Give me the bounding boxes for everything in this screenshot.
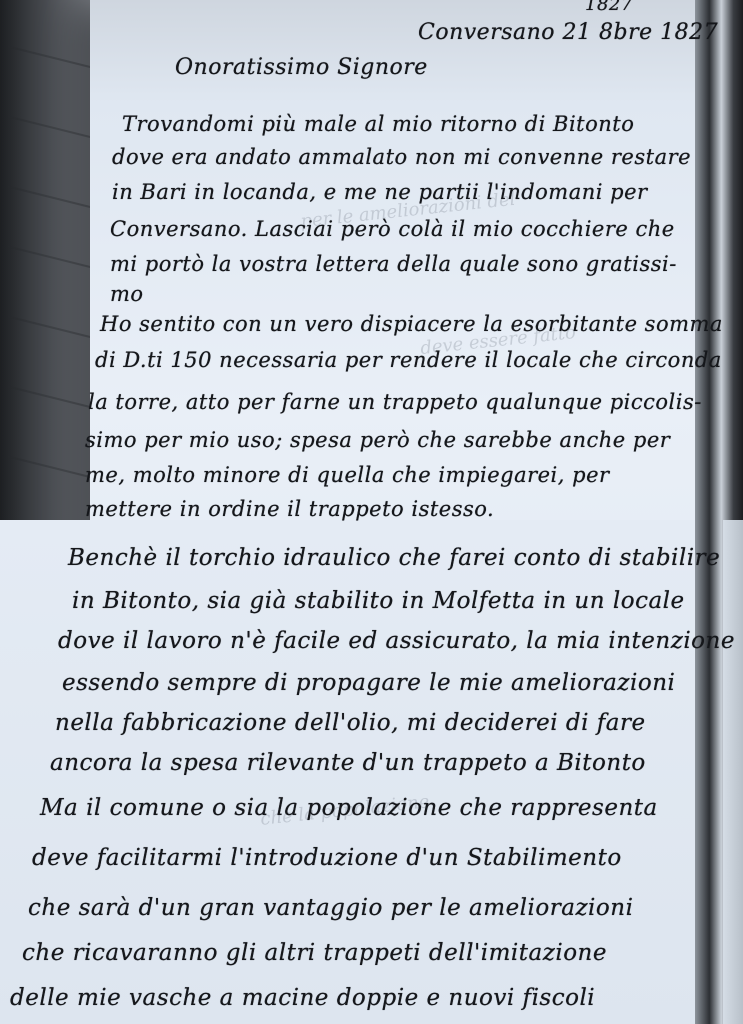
letter-line: simo per mio uso; spesa però che sarebbe…	[85, 428, 670, 452]
letter-line: la torre, atto per farne un trappeto qua…	[88, 390, 702, 414]
letter-line: Benchè il torchio idraulico che farei co…	[68, 545, 720, 571]
letter-line: in Bitonto, sia già stabilito in Molfett…	[72, 588, 685, 614]
salutation: Onoratissimo Signore	[175, 55, 428, 80]
letter-line: mettere in ordine il trappeto istesso.	[85, 497, 494, 521]
letter-line: Trovandomi più male al mio ritorno di Bi…	[122, 112, 634, 136]
letter-line: che sarà d'un gran vantaggio per le amel…	[28, 895, 633, 921]
letter-line: mi portò la vostra lettera della quale s…	[110, 252, 677, 276]
letter-dateline: Conversano 21 8bre 1827	[418, 20, 718, 45]
top-fragment: 1827	[585, 0, 633, 15]
page-edge-lower	[723, 520, 743, 1024]
letter-line: di D.ti 150 necessaria per rendere il lo…	[95, 348, 722, 372]
letter-line: me, molto minore di quella che impiegare…	[85, 463, 610, 487]
letter-line: Ma il comune o sia la popolazione che ra…	[40, 795, 658, 821]
letter-line: delle mie vasche a macine doppie e nuovi…	[10, 985, 595, 1011]
letter-line: mo	[110, 282, 144, 306]
letter-line: Ho sentito con un vero dispiacere la eso…	[100, 312, 723, 336]
letter-line: essendo sempre di propagare le mie ameli…	[62, 670, 675, 696]
letter-line: nella fabbricazione dell'olio, mi decide…	[55, 710, 646, 736]
letter-line: deve facilitarmi l'introduzione d'un Sta…	[32, 845, 622, 871]
letter-line: dove era andato ammalato non mi convenne…	[112, 145, 691, 169]
letter-line: dove il lavoro n'è facile ed assicurato,…	[58, 628, 735, 654]
letter-line: ancora la spesa rilevante d'un trappeto …	[50, 750, 646, 776]
letter-line: in Bari in locanda, e me ne partii l'ind…	[112, 180, 648, 204]
letter-line: che ricavaranno gli altri trappeti dell'…	[22, 940, 607, 966]
letter-line: Conversano. Lasciai però colà il mio coc…	[110, 217, 675, 241]
